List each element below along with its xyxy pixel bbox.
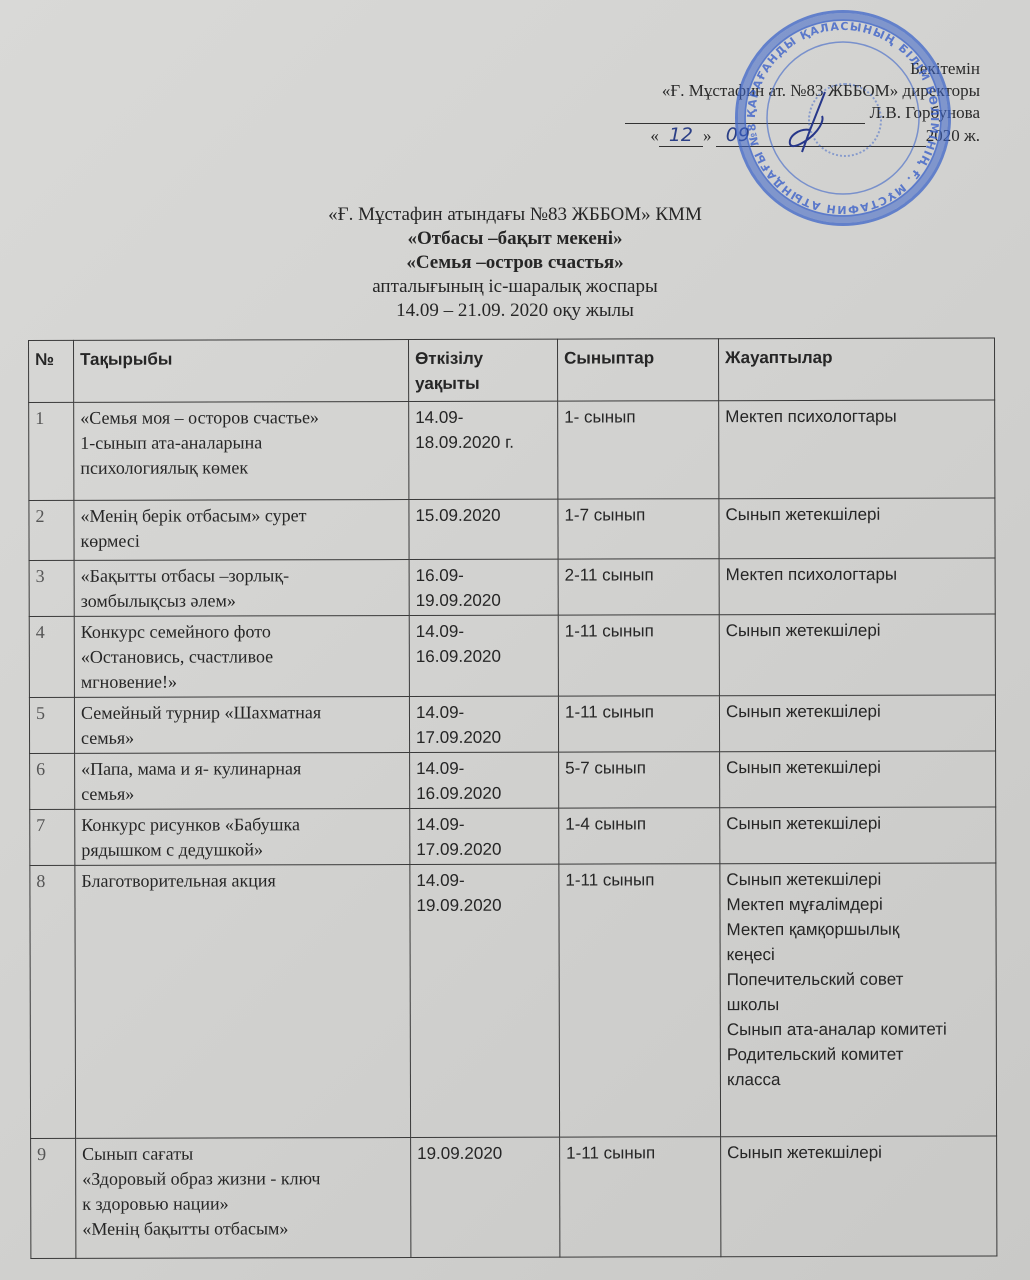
row-topic: «Папа, мама и я- кулинарнаясемья» (75, 753, 410, 810)
row-date-line: 16.09- (416, 563, 552, 588)
row-number: 6 (30, 753, 75, 809)
row-topic-line: Семейный турнир «Шахматная (81, 700, 403, 726)
event-plan-table: № Тақырыбы Өткізілу уақыты Сыныптар Жауа… (28, 337, 997, 1259)
approval-name: Л.В. Горбунова (870, 103, 980, 122)
row-topic: Конкурс рисунков «Бабушкарядышком с деду… (75, 809, 410, 866)
row-responsible-line: Попечительский совет (727, 966, 990, 992)
row-responsible-line: Мектеп психологтары (725, 403, 988, 429)
row-classes: 1-11 сынып (560, 1137, 721, 1257)
row-date: 14.09-16.09.2020 (409, 615, 558, 696)
row-number: 4 (29, 616, 74, 697)
row-topic-line: «Остановись, счастливое (81, 644, 403, 670)
row-date-line: 17.09.2020 (416, 837, 552, 862)
row-date-line: 14.09- (415, 405, 551, 430)
row-topic-line: семья» (81, 781, 403, 807)
row-responsible-line: кеңесі (727, 941, 990, 967)
row-topic: Благотворительная акция (75, 865, 411, 1139)
row-topic-line: «Менің берік отбасым» сурет (80, 503, 402, 529)
approval-year: 2020 ж. (926, 126, 980, 145)
row-number: 8 (30, 865, 76, 1138)
row-date: 14.09-17.09.2020 (409, 696, 558, 752)
row-topic-line: «Семья моя – осторов счастье» (80, 405, 402, 431)
row-classes: 5-7 сынып (559, 752, 720, 808)
header-classes: Сыныптар (557, 339, 718, 401)
row-classes: 1-11 сынып (558, 615, 719, 696)
row-number: 7 (30, 809, 75, 865)
row-date-line: 14.09- (416, 756, 552, 781)
table-row: 3«Бақытты отбасы –зорлық-зомбылықсыз әле… (29, 558, 995, 617)
row-number: 3 (29, 560, 74, 616)
row-topic-line: «Менің бақытты отбасым» (82, 1216, 404, 1242)
table-row: 8Благотворительная акция14.09-19.09.2020… (30, 863, 997, 1139)
row-date-line: 17.09.2020 (416, 725, 552, 750)
row-responsible: Сынып жетекшілері (720, 807, 996, 864)
row-topic-line: Конкурс рисунков «Бабушка (81, 812, 403, 838)
header-date-line: уақыты (415, 371, 551, 396)
table-row: 2«Менің берік отбасым» суреткөрмесі15.09… (29, 498, 995, 561)
title-kazakh: «Отбасы –бақыт мекені» (0, 227, 1030, 251)
document-period: 14.09 – 21.09. 2020 оқу жылы (0, 299, 1030, 323)
row-date-line: 18.09.2020 г. (415, 430, 551, 455)
row-topic-line: «Папа, мама и я- кулинарная (81, 756, 403, 782)
row-date-line: 14.09- (416, 868, 552, 893)
row-date-line: 14.09- (416, 700, 552, 725)
table-row: 9Сынып сағаты«Здоровый образ жизни - клю… (31, 1136, 997, 1259)
row-responsible-line: Сынып жетекшілері (725, 501, 988, 527)
row-responsible-line: Сынып жетекшілері (726, 810, 989, 836)
table-row: 6«Папа, мама и я- кулинарнаясемья»14.09-… (30, 751, 996, 810)
row-topic: «Менің берік отбасым» суреткөрмесі (74, 500, 409, 561)
row-classes: 1-11 сынып (558, 696, 719, 752)
row-topic-line: 1-сынып ата-аналарына (80, 430, 402, 456)
row-date-line: 14.09- (416, 812, 552, 837)
row-topic-line: Сынып сағаты (82, 1141, 404, 1167)
row-responsible-line: Мектеп қамқоршылық (727, 916, 990, 942)
row-topic: Конкурс семейного фото«Остановись, счаст… (74, 616, 409, 698)
table-row: 5Семейный турнир «Шахматнаясемья»14.09-1… (29, 695, 995, 754)
row-responsible-line: Сынып жетекшілері (726, 617, 989, 643)
row-topic-line: рядышком с дедушкой» (81, 837, 403, 863)
row-date: 14.09-16.09.2020 (410, 752, 559, 808)
row-topic: Сынып сағаты«Здоровый образ жизни - ключ… (76, 1138, 411, 1259)
row-topic-line: Конкурс семейного фото (81, 619, 403, 645)
row-date: 19.09.2020 (411, 1137, 560, 1257)
row-responsible-line: школы (727, 991, 990, 1017)
row-number: 2 (29, 500, 74, 560)
document-heading: «Ғ. Мұстафин атындағы №83 ЖББОМ» КММ «От… (0, 203, 1030, 323)
row-classes: 1- сынып (558, 401, 719, 499)
row-date: 14.09-19.09.2020 (410, 864, 560, 1137)
row-date-line: 19.09.2020 (416, 893, 552, 918)
approval-day: 12 (659, 124, 703, 147)
row-topic-line: Благотворительная акция (81, 868, 403, 894)
table-header-row: № Тақырыбы Өткізілу уақыты Сыныптар Жауа… (29, 338, 995, 403)
row-responsible: Сынып жетекшілері (719, 695, 995, 752)
row-responsible-line: Мектеп мұғалімдері (726, 891, 989, 917)
row-topic: «Бақытты отбасы –зорлық-зомбылықсыз әлем… (74, 560, 409, 617)
row-date: 14.09-17.09.2020 (410, 808, 559, 864)
header-responsible: Жауаптылар (718, 338, 994, 401)
row-number: 5 (29, 697, 74, 753)
document-subtitle: апталығының іс-шаралық жоспары (0, 275, 1030, 299)
quote-close: » (703, 126, 712, 145)
row-responsible-line: Сынып жетекшілері (727, 1139, 990, 1165)
row-responsible: Сынып жетекшілері (719, 614, 995, 696)
row-topic-line: «Здоровый образ жизни - ключ (82, 1166, 404, 1192)
row-topic-line: психологиялық көмек (80, 455, 402, 481)
header-date: Өткізілу уақыты (409, 339, 558, 401)
row-topic-line: зомбылықсыз әлем» (81, 588, 403, 614)
row-topic-line: мгновение!» (81, 669, 403, 695)
approval-title: Бекітемін (625, 58, 980, 80)
title-russian: «Семья –остров счастья» (0, 251, 1030, 275)
row-date: 15.09.2020 (409, 499, 558, 559)
organization-name: «Ғ. Мұстафин атындағы №83 ЖББОМ» КММ (0, 203, 1030, 227)
row-responsible-line: Мектеп психологтары (726, 561, 989, 587)
row-date: 16.09-19.09.2020 (409, 559, 558, 615)
row-date-line: 19.09.2020 (416, 588, 552, 613)
header-number: № (29, 340, 74, 402)
row-responsible: Мектеп психологтары (719, 558, 995, 615)
row-responsible: Сынып жетекшілеріМектеп мұғалімдеріМекте… (720, 863, 997, 1137)
quote-open: « (650, 126, 659, 145)
row-date-line: 16.09.2020 (416, 781, 552, 806)
header-topic: Тақырыбы (74, 340, 409, 403)
row-responsible-line: Сынып жетекшілері (726, 698, 989, 724)
row-classes: 1-11 сынып (559, 864, 721, 1137)
row-responsible: Сынып жетекшілері (719, 498, 995, 559)
row-responsible-line: Сынып ата-аналар комитеті (727, 1016, 990, 1042)
row-classes: 1-7 сынып (558, 499, 719, 559)
row-responsible-line: Сынып жетекшілері (726, 866, 989, 892)
row-topic-line: «Бақытты отбасы –зорлық- (81, 563, 403, 589)
row-number: 9 (31, 1138, 76, 1258)
row-responsible: Сынып жетекшілері (721, 1136, 997, 1257)
row-responsible-line: Родительский комитет (727, 1041, 990, 1067)
row-topic-line: семья» (81, 725, 403, 751)
row-date: 14.09-18.09.2020 г. (409, 401, 558, 499)
row-date-line: 15.09.2020 (415, 503, 551, 528)
row-responsible-line: класса (727, 1066, 990, 1092)
row-topic: «Семья моя – осторов счастье»1-сынып ата… (74, 402, 409, 501)
row-responsible-line: Сынып жетекшілері (726, 754, 989, 780)
row-date-line: 14.09- (416, 619, 552, 644)
table-row: 4Конкурс семейного фото«Остановись, счас… (29, 614, 995, 698)
row-responsible: Мектеп психологтары (719, 400, 995, 499)
signature-icon (780, 90, 840, 160)
row-responsible: Сынып жетекшілері (720, 751, 996, 808)
table-row: 1«Семья моя – осторов счастье»1-сынып ат… (29, 400, 995, 501)
row-classes: 2-11 сынып (558, 559, 719, 615)
row-classes: 1-4 сынып (559, 808, 720, 864)
row-topic: Семейный турнир «Шахматнаясемья» (74, 697, 409, 754)
row-topic-line: к здоровью нации» (82, 1191, 404, 1217)
row-number: 1 (29, 402, 74, 500)
row-date-line: 19.09.2020 (417, 1141, 553, 1166)
row-topic-line: көрмесі (80, 528, 402, 554)
row-date-line: 16.09.2020 (416, 644, 552, 669)
table-row: 7Конкурс рисунков «Бабушкарядышком с дед… (30, 807, 996, 866)
header-date-line: Өткізілу (415, 346, 551, 371)
